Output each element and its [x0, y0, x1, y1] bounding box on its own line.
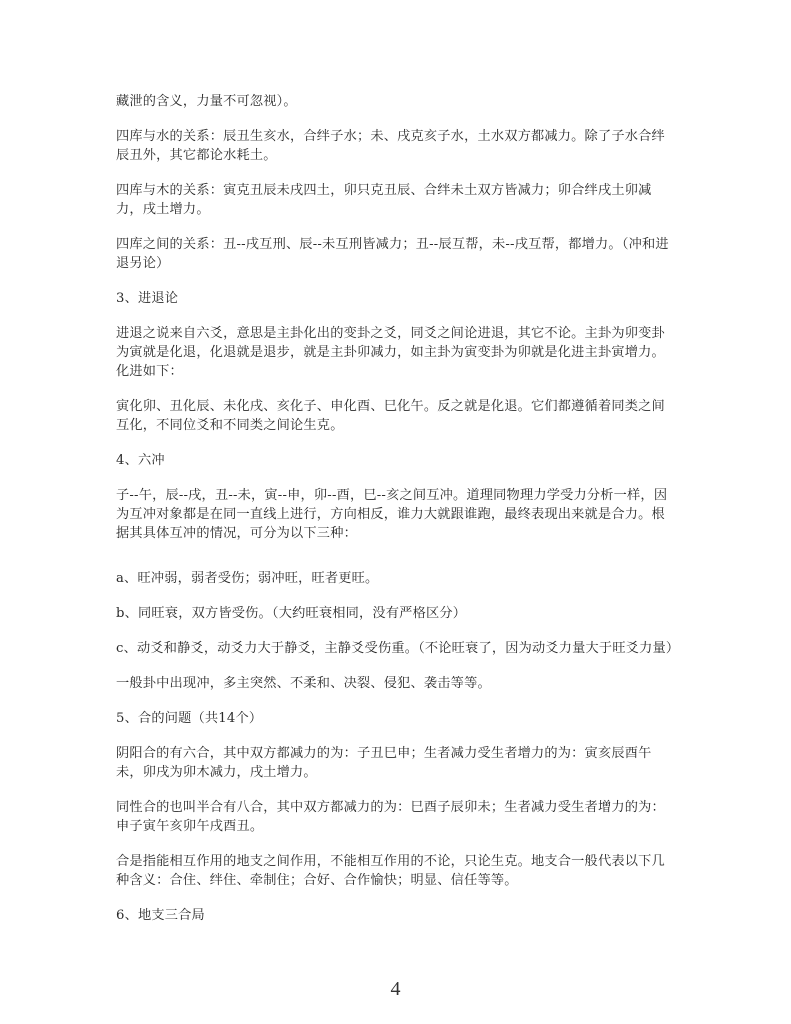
paragraph-continuation: 藏泄的含义，力量不可忽视）。 [116, 92, 676, 111]
section-heading-combination: 5、合的问题（共14个） [116, 709, 676, 728]
document-page: 藏泄的含义，力量不可忽视）。 四库与水的关系：辰丑生亥水，合绊子水；未、戌克亥子… [116, 92, 676, 941]
paragraph-tomb-water: 四库与水的关系：辰丑生亥水，合绊子水；未、戌克亥子水，土水双方都减力。除了子水合… [116, 127, 676, 165]
paragraph-advance-list: 寅化卯、丑化辰、未化戌、亥化子、申化酉、巳化午。反之就是化退。它们都遵循着同类之… [116, 397, 676, 435]
list-item-b: b、同旺衰，双方皆受伤。（大约旺衰相同，没有严格区分） [116, 604, 676, 623]
paragraph-clash-meaning: 一般卦中出现冲，多主突然、不柔和、决裂、侵犯、袭击等等。 [116, 674, 676, 693]
list-item-c: c、动爻和静爻，动爻力大于静爻，主静爻受伤重。（不论旺衰了，因为动爻力量大于旺爻… [116, 639, 676, 658]
page-number: 4 [0, 978, 791, 1001]
paragraph-yin-yang-combination: 阴阳合的有六合，其中双方都减力的为：子丑巳申；生者减力受生者增力的为：寅亥辰酉午… [116, 744, 676, 782]
list-item-a: a、旺冲弱，弱者受伤；弱冲旺，旺者更旺。 [116, 569, 676, 588]
section-heading-three-harmony: 6、地支三合局 [116, 906, 676, 925]
paragraph-tomb-wood: 四库与木的关系：寅克丑辰未戌四土，卯只克丑辰、合绊未土双方皆减力；卯合绊戌土卯减… [116, 181, 676, 219]
paragraph-same-nature-combination: 同性合的也叫半合有八合，其中双方都减力的为：巳酉子辰卯未；生者减力受生者增力的为… [116, 798, 676, 836]
paragraph-advance-retreat-intro: 进退之说来自六爻，意思是主卦化出的变卦之爻，同爻之间论进退，其它不论。主卦为卯变… [116, 324, 676, 381]
section-heading-advance-retreat: 3、进退论 [116, 289, 676, 308]
paragraph-combination-meaning: 合是指能相互作用的地支之间作用，不能相互作用的不论，只论生克。地支合一般代表以下… [116, 852, 676, 890]
paragraph-six-clash-intro: 子--午，辰--戌，丑--未，寅--申，卯--酉，巳--亥之间互冲。道理同物理力… [116, 486, 676, 543]
paragraph-tomb-between: 四库之间的关系：丑--戌互刑、辰--未互刑皆减力；丑--辰互帮，未--戌互帮，都… [116, 235, 676, 273]
section-heading-six-clash: 4、六冲 [116, 451, 676, 470]
